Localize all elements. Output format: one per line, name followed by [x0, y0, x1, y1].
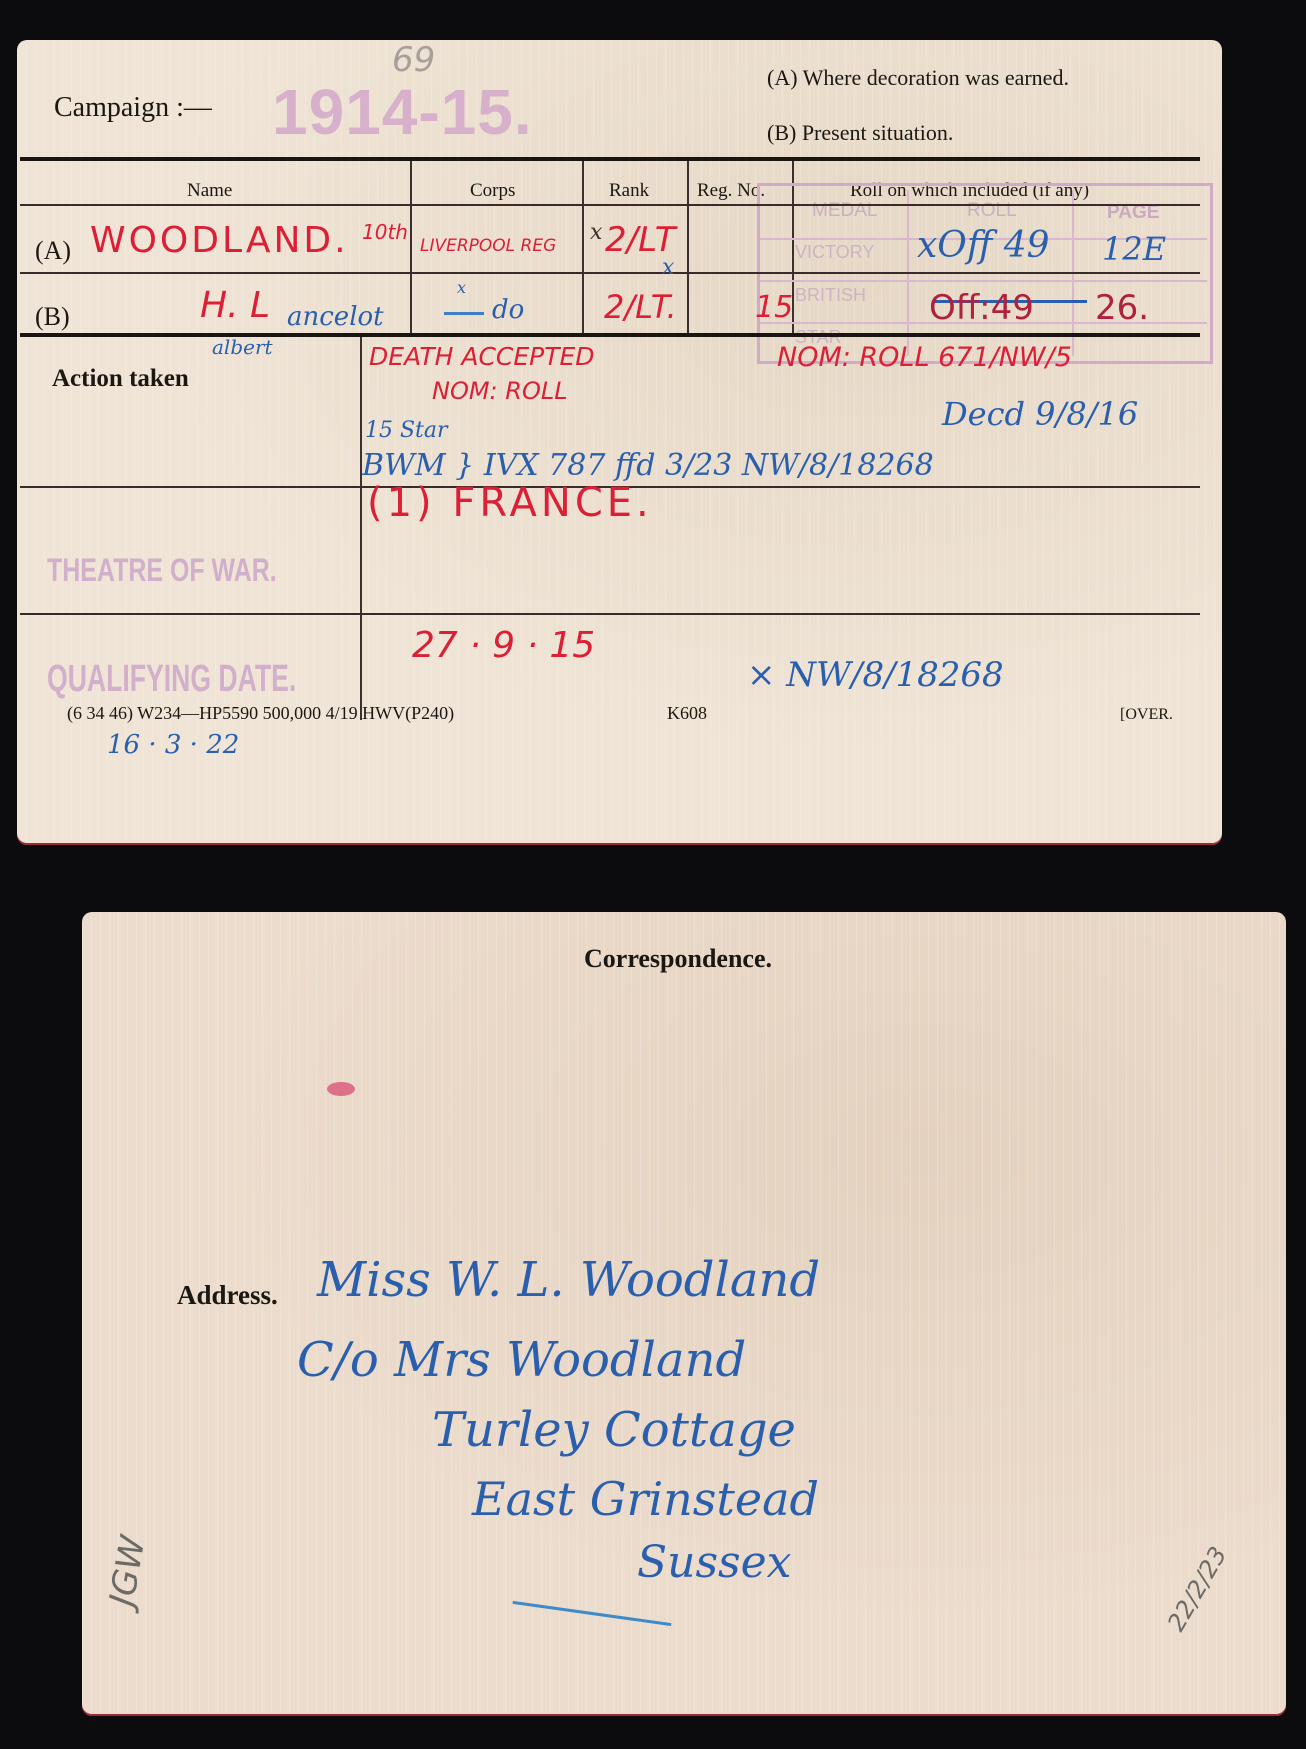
stamp-divider	[760, 280, 1207, 282]
over-label: [OVER.	[1120, 706, 1173, 724]
theatre-label: THEATRE OF WAR.	[47, 552, 277, 589]
qualifying-value: 27 · 9 · 15	[412, 625, 595, 666]
row-b-roll: Off:49	[929, 288, 1034, 328]
address-underline	[513, 1601, 672, 1626]
address-line-2: C/o Mrs Woodland	[297, 1332, 746, 1388]
qualifying-ref: × NW/8/18268	[747, 655, 1004, 695]
footer-date: 16 · 3 · 22	[107, 730, 239, 760]
correspondence-title: Correspondence.	[584, 944, 772, 974]
row-b-corps-mark: x	[457, 278, 466, 297]
action-label: Action taken	[52, 365, 189, 393]
campaign-label: Campaign :—	[54, 92, 212, 124]
row-a-ordinal: 10th	[362, 220, 408, 244]
row-a-name: WOODLAND.	[90, 220, 349, 261]
row-a-corps-mark: x	[590, 220, 602, 245]
action-death-accepted: DEATH ACCEPTED	[369, 342, 595, 371]
action-nom-roll-2: NOM: ROLL 671/NW/5	[777, 342, 1072, 373]
header-rule	[20, 157, 1200, 161]
col-divider	[687, 161, 689, 333]
section-rule	[20, 613, 1200, 615]
campaign-stamp: 1914-15.	[272, 75, 533, 149]
header-corps: Corps	[470, 180, 515, 202]
ditto-dash	[444, 312, 484, 315]
stamp-row-victory: VICTORY	[795, 242, 874, 263]
row-b-name-above: albert	[212, 335, 273, 359]
print-code: (6 34 46) W234—HP5590 500,000 4/19 HWV(P…	[67, 703, 454, 724]
col-divider	[410, 161, 412, 333]
row-b-page: 26.	[1095, 288, 1149, 328]
theatre-value: (1) FRANCE.	[367, 480, 653, 526]
row-b-label: (B)	[35, 302, 70, 332]
row-a-page: 12E	[1102, 230, 1166, 268]
row-a-rank: 2/LT	[605, 220, 676, 260]
row-a-roll: xOff 49	[917, 225, 1050, 266]
address-line-1: Miss W. L. Woodland	[317, 1252, 820, 1308]
row-b-name-continuation: ancelot	[287, 302, 384, 332]
medal-index-card-front: 69 Campaign :— 1914-15. (A) Where decora…	[17, 40, 1222, 845]
row-rule	[20, 204, 1200, 206]
action-decd: Decd 9/8/16	[942, 395, 1138, 433]
red-ink-spot	[327, 1082, 355, 1096]
pencil-date: 22/2/23	[1162, 1542, 1233, 1636]
row-b-reg-no: 15	[755, 290, 793, 325]
address-line-4: East Grinstead	[472, 1472, 819, 1526]
row-b-initials: H. L	[200, 285, 270, 326]
col-divider	[582, 161, 584, 333]
action-nom-roll-1: NOM: ROLL	[432, 377, 568, 405]
pencil-number: 69	[392, 40, 435, 80]
header-rank: Rank	[609, 180, 649, 202]
legend-b: (B) Present situation.	[767, 120, 953, 146]
row-rule	[20, 272, 1200, 274]
row-b-corps: do	[492, 295, 524, 325]
legend-a: (A) Where decoration was earned.	[767, 65, 1069, 91]
table-bottom-rule	[20, 333, 1200, 337]
address-line-3: Turley Cottage	[432, 1402, 796, 1458]
action-star-note: 15 Star	[365, 418, 448, 443]
pencil-initials: JGW	[102, 1533, 154, 1609]
action-bwm-note: BWM } IVX 787 ffd 3/23 NW/8/18268	[362, 448, 934, 483]
form-number: K608	[667, 703, 707, 724]
header-reg-no: Reg. No.	[697, 180, 765, 202]
row-a-rank-mark: x	[662, 255, 674, 280]
address-label: Address.	[177, 1280, 278, 1311]
address-line-5: Sussex	[637, 1537, 792, 1588]
medal-index-card-back: Correspondence. Address. Miss W. L. Wood…	[82, 912, 1286, 1716]
header-name: Name	[187, 180, 232, 202]
row-b-rank: 2/LT.	[604, 288, 677, 326]
row-a-corps: LIVERPOOL REG	[420, 236, 556, 256]
qualifying-label: QUALIFYING DATE.	[47, 658, 296, 701]
row-a-label: (A)	[35, 236, 71, 266]
stamp-row-british: BRITISH	[795, 285, 866, 306]
section-divider	[360, 337, 362, 720]
